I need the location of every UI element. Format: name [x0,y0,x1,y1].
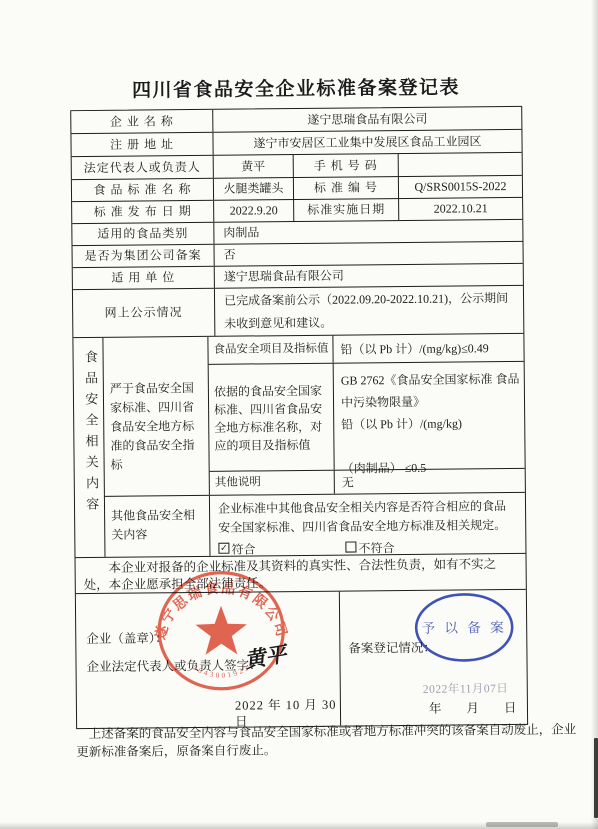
rep-signature-label: 企业法定代表人或负责人签字： [86,658,261,675]
applicable-unit-value: 遂宁思瑞食品有限公司 [215,264,523,288]
nonconform-checkbox-empty [345,541,356,552]
food-category-label: 适用的食品类别 [72,223,214,245]
scan-bottom-smudge [486,822,558,827]
phone-value [399,153,522,176]
signature-section: 遂宁思瑞食品有限公司 5043001923 企业（盖章）： 企业法定代表人或负责… [76,590,527,728]
standard-name-value: 火腿类罐头 [214,178,294,200]
registration-date-stamp: 2022年11月07日 [423,682,509,697]
implement-date-label: 标准实施日期 [294,199,399,221]
food-safety-section: 食品安全相关内容 严于食品安全国家标准、四川省食品安全地方标准的食品安全指标 食… [73,334,525,558]
scan-right-edge-dark [594,738,598,818]
phone-label: 手 机 号 码 [294,154,399,177]
standard-number-value: Q/SRS0015S-2022 [399,176,522,198]
company-name-label: 企 业 名 称 [71,110,213,133]
registration-status-cell: 予 以 备 案 备案登记情况： 2022年11月07日 年 月 日 [340,590,527,726]
scanned-form-page: 四川省食品安全企业标准备案登记表 企 业 名 称 遂宁思瑞食品有限公司 注 册 … [0,0,598,829]
stricter-indicators-label: 严于食品安全国家标准、四川省食品安全地方标准的食品安全指标 [103,337,210,496]
declaration-text: 本企业对报备的企业标准及其资料的真实性、合法性负责，如有不实之处，本企业愿承担全… [76,554,526,594]
legal-representative-value: 黄平 [214,155,294,178]
other-safety-question: 企业标准中其他食品安全相关内容是否符合相应的食品安全国家标准、四川省食品安全地方… [218,499,506,535]
other-safety-content-label: 其他食品安全相关内容 [105,496,211,557]
enterprise-signature-cell: 遂宁思瑞食品有限公司 5043001923 企业（盖章）： 企业法定代表人或负责… [76,592,341,729]
other-safety-content-value: 企业标准中其他食品安全相关内容是否符合相应的食品安全国家标准、四川省食品安全地方… [210,493,526,556]
form-title: 四川省食品安全企业标准备案登记表 [0,71,595,104]
table-row: 其他食品安全相关内容 企业标准中其他食品安全相关内容是否符合相应的食品安全国家标… [105,493,526,557]
company-seal-label: 企业（盖章）： [86,631,167,647]
scan-right-edge [591,0,598,829]
online-publicity-value: 已完成备案前公示（2022.09.20-2022.10.21)，公示期间未收到意… [215,286,523,336]
table-row: 网上公示情况 已完成备案前公示（2022.09.20-2022.10.21)，公… [73,286,523,338]
group-filing-value: 否 [215,242,523,266]
registered-address-label: 注 册 地 址 [71,133,213,156]
table-row: 食品安全项目及指标值 铅（以 Pb 计）/(mg/kg)≤0.49 [208,334,523,365]
publish-date-value: 2022.9.20 [214,200,294,222]
table-row: 其他说明 无 [210,469,525,495]
standard-name-label: 食 品 标 准 名 称 [72,179,214,201]
checkbox-spacer [255,540,345,560]
publish-date-label: 标 准 发 布 日 期 [72,201,214,223]
food-safety-section-label: 食品安全相关内容 [73,338,105,557]
company-name-value: 遂宁思瑞食品有限公司 [213,107,521,132]
safety-item-value: 铅（以 Pb 计）/(mg/kg)≤0.49 [333,334,523,363]
safety-item-label: 食品安全项目及指标值 [208,336,333,364]
nonconform-label: 不符合 [358,539,394,558]
online-publicity-label: 网上公示情况 [73,289,215,337]
basis-standard-value: GB 2762《食品安全国家标准 食品中污染物限量》 铅（以 Pb 计）/(mg… [334,362,525,470]
group-filing-label: 是否为集团公司备案 [73,245,215,267]
company-seal-stamp: 遂宁思瑞食品有限公司 5043001923 [154,568,289,695]
registration-status-label: 备案登记情况： [348,641,436,657]
registered-address-value: 遂宁市安居区工业集中发展区食品工业园区 [213,130,521,155]
registration-table: 企 业 名 称 遂宁思瑞食品有限公司 注 册 地 址 遂宁市安居区工业集中发展区… [70,106,528,729]
legal-representative-label: 法定代表人或负责人 [72,156,214,179]
star-icon [195,606,247,655]
table-row: 依据的食品安全国家标准、四川省食品安全地方标准名称，对应的项目及指标值 GB 2… [209,362,525,472]
conform-checkbox-checked: ✓ [218,543,229,554]
footnote-text: 上述备案的食品安全内容与食品安全国家标准或者地方标准冲突的该备案自动废止，企业更… [76,720,576,761]
approval-stamp-text: 予 以 备 案 [422,620,507,636]
implement-date-value: 2022.10.21 [399,198,522,220]
date-placeholder: 年 月 日 [429,701,517,717]
other-note-label: 其他说明 [210,471,335,495]
standard-number-label: 标 准 编 号 [294,177,399,199]
basis-standard-label: 依据的食品安全国家标准、四川省食品安全地方标准名称，对应的项目及指标值 [209,364,335,471]
conform-label: 符合 [231,540,255,559]
applicable-unit-label: 适 用 单 位 [73,267,215,289]
food-category-value: 肉制品 [214,220,522,244]
other-note-value: 无 [335,469,525,494]
